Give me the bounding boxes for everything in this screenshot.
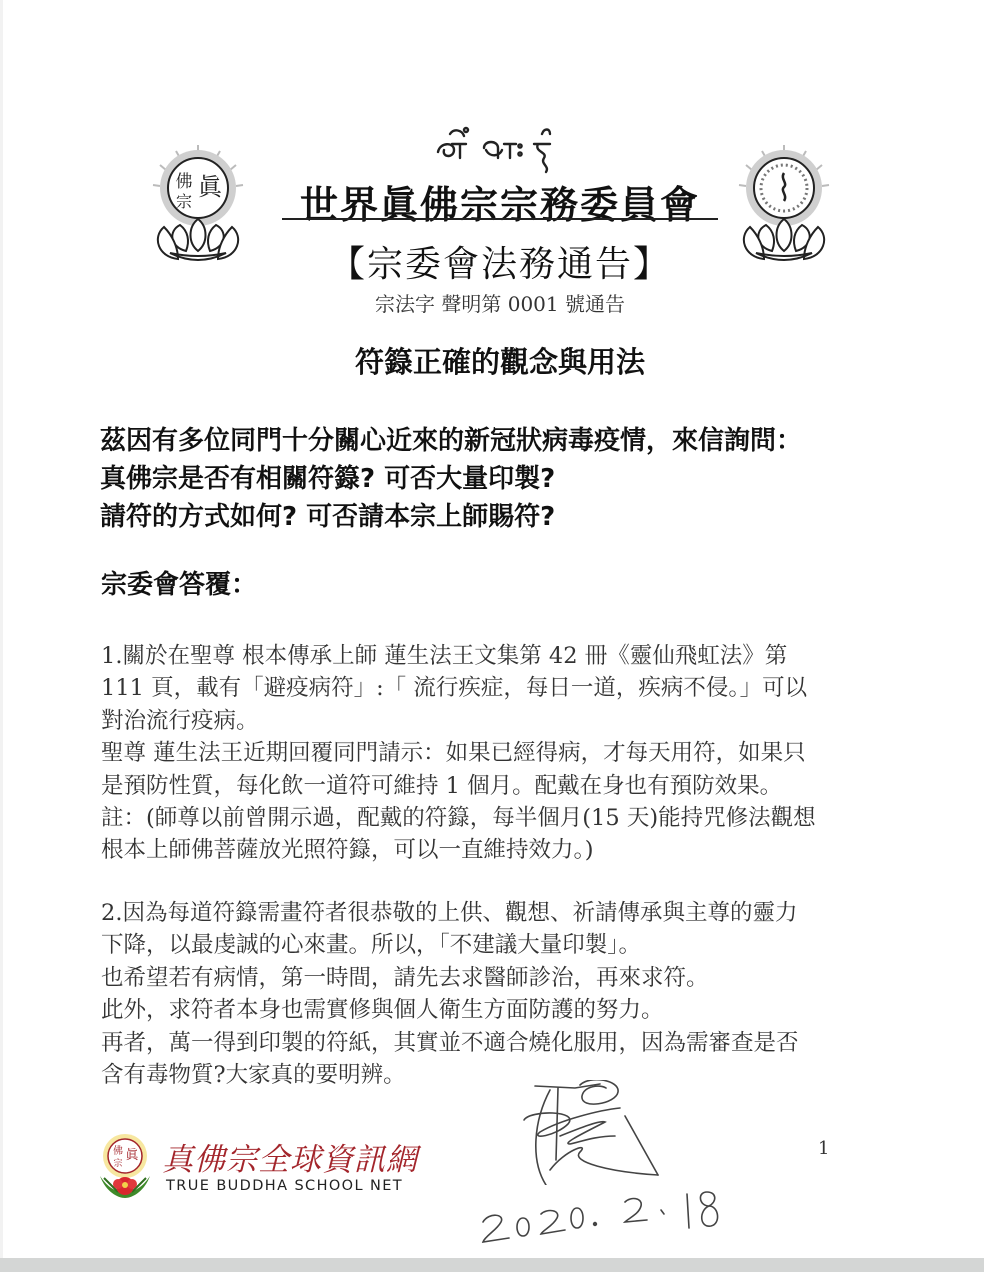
reply-heading: 宗委會答覆： [101, 564, 257, 601]
paragraph-line: 111 頁，載有「避疫病符」:「 流行疾症，每日一道，疾病不侵。」可以 [101, 672, 901, 704]
paragraph-line: 2.因為每道符籙需畫符者很恭敬的上供、觀想、祈請傳承與主尊的靈力 [101, 897, 901, 929]
page-edge [0, 0, 3, 1258]
bottom-border [0, 1258, 984, 1272]
organization-name: 世界眞佛宗宗務委員會 [282, 174, 718, 229]
paragraph-line: 聖尊 蓮生法王近期回覆同門請示：如果已經得病，才每天用符，如果只 [101, 737, 901, 769]
page-number: 1 [818, 1138, 829, 1159]
header-divider [282, 218, 718, 220]
svg-text:宗: 宗 [176, 192, 192, 211]
svg-text:眞: 眞 [198, 173, 223, 201]
question-line: 真佛宗是否有相關符籙? 可否大量印製? [100, 460, 900, 498]
document-title: 符籙正確的觀念與用法 [200, 340, 800, 381]
tibetan-seal-emblem-right [736, 143, 832, 265]
handwritten-date [465, 1184, 765, 1244]
reply-paragraph-1: 1.關於在聖尊 根本傳承上師 蓮生法王文集第 42 冊《靈仙飛虹法》第 111 … [101, 640, 901, 867]
inquiry-questions: 茲因有多位同門十分關心近來的新冠狀病毒疫情，來信詢問： 真佛宗是否有相關符籙? … [100, 422, 900, 536]
paragraph-line: 註：(師尊以前曾開示過，配戴的符籙，每半個月(15 天)能持咒修法觀想 [101, 802, 901, 834]
question-line: 茲因有多位同門十分關心近來的新冠狀病毒疫情，來信詢問： [100, 422, 900, 460]
notice-number: 宗法字 聲明第 0001 號通告 [300, 288, 700, 317]
paragraph-line: 再者，萬一得到印製的符紙，其實並不適合燒化服用，因為需審查是否 [101, 1027, 901, 1059]
true-buddha-school-logo-icon: 佛 眞 宗 [96, 1132, 154, 1202]
paragraph-line: 對治流行疫病。 [101, 705, 901, 737]
paragraph-line: 1.關於在聖尊 根本傳承上師 蓮生法王文集第 42 冊《靈仙飛虹法》第 [101, 640, 901, 672]
question-line: 請符的方式如何? 可否請本宗上師賜符? [100, 498, 900, 536]
svg-text:宗: 宗 [113, 1157, 122, 1169]
handwritten-signature [520, 1080, 760, 1185]
paragraph-line: 根本上師佛菩薩放光照符籙，可以一直維持效力。) [101, 834, 901, 866]
site-watermark: 佛 眞 宗 真佛宗全球資訊網 TRUE BUDDHA SCHOOL NET [96, 1132, 416, 1202]
paragraph-line: 也希望若有病情，第一時間，請先去求醫師診治，再來求符。 [101, 962, 901, 994]
reply-paragraph-2: 2.因為每道符籙需畫符者很恭敬的上供、觀想、祈請傳承與主尊的靈力 下降，以最虔誠… [101, 897, 901, 1091]
notice-type-heading: 【宗委會法務通告】 [290, 236, 710, 287]
paragraph-line: 下降，以最虔誠的心來畫。所以，「不建議大量印製」。 [101, 929, 901, 961]
tibetan-mantra-icon [430, 122, 570, 174]
lotus-seal-icon: 佛 眞 宗 [150, 143, 246, 265]
true-buddha-emblem-left: 佛 眞 宗 [150, 143, 246, 265]
site-name-english: TRUE BUDDHA SCHOOL NET [166, 1178, 403, 1194]
tibetan-seal-icon [736, 143, 832, 265]
paragraph-line: 此外，求符者本身也需實修與個人衛生方面防護的努力。 [101, 994, 901, 1026]
site-name-chinese: 真佛宗全球資訊網 [162, 1134, 418, 1179]
paragraph-line: 是預防性質，每化飲一道符可維持 1 個月。配戴在身也有預防效果。 [101, 770, 901, 802]
paragraph-line: 含有毒物質?大家真的要明辨。 [101, 1059, 901, 1091]
svg-text:佛: 佛 [176, 172, 193, 192]
svg-text:佛: 佛 [113, 1144, 123, 1157]
svg-text:眞: 眞 [125, 1147, 139, 1163]
